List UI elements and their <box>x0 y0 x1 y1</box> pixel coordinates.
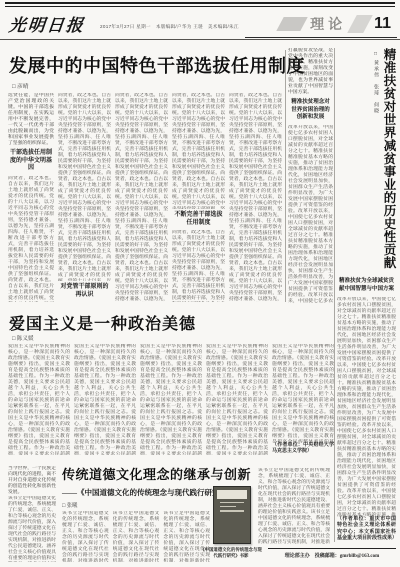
book-cover-image <box>213 486 251 544</box>
column-divider-rule <box>285 50 286 302</box>
article-c-author-affiliation: （作者单位：中央财经大学马克思主义学院） <box>272 443 334 455</box>
body-column-text: 爱国主义是中华民族精神的核心，是一种深沉而持久的政治情感。《爱国主义教育实施纲要… <box>8 344 70 455</box>
article-c-column: 爱国主义是中华民族精神的核心，是一种深沉而持久的政治情感。《爱国主义教育实施纲要… <box>272 344 334 455</box>
article-d-body: 该书立足中国道德文化的传统理念，系统梳理了仁爱、诚信、正义、和合等核心观念的历史… <box>62 511 210 562</box>
dateline: 2017年3月27日 星期一 本版编辑/户华为 王琎 美术编辑/朱江 <box>100 24 239 30</box>
body-column-text: 尚贤者，政之本也。自古以来，我们这片土地上就形成了尚贤爱才的优良传统。党的十八大… <box>229 93 282 302</box>
page-footer: 理论部主办 投稿邮箱：gmrbllb@163.com <box>268 548 396 559</box>
body-column-text: 该书立足中国道德文化的传统理念，系统梳理了仁爱、诚信、正义、和合等核心观念的历史… <box>258 468 330 544</box>
article-c-author: □ 陈义媛 <box>12 334 34 342</box>
book-cover-line <box>220 510 244 511</box>
body-column-text: 该书立足中国道德文化的传统理念，系统梳理了仁爱、诚信、正义、和合等核心观念的历史… <box>8 496 56 562</box>
article-a-column: 尚贤者，政之本也。自古以来，我们这片土地上就形成了尚贤爱才的优良传统。党的十八大… <box>115 93 168 302</box>
book-cover-line <box>220 506 236 507</box>
article-c-headline: 爱国主义是一种政治美德 <box>9 311 196 334</box>
article-c-column: 爱国主义是中华民族精神的核心，是一种深沉而持久的政治情感。《爱国主义教育实施纲要… <box>206 344 268 455</box>
article-a-author: □ 彦晴 <box>12 81 29 90</box>
banner-parallelogram-icon <box>347 15 373 33</box>
body-column-text: 改革开放以来，中国使七亿多农村贫困人口摆脱贫困，对全球减贫的贡献率超过百分之七十… <box>288 125 333 305</box>
body-column-text: 该书立足中国道德文化的传统理念，系统梳理了仁爱、诚信、正义、和合等核心观念的历史… <box>62 511 109 562</box>
article-a-headline: 发展中的中国特色干部选拔任用制度 <box>9 52 289 78</box>
body-column-text: 改革开放以来，中国使七亿多农村贫困人口摆脱贫困，对全球减贫的贡献率超过百分之七十… <box>337 297 396 517</box>
article-b-body-column: 改革开放以来，中国使七亿多农村贫困人口摆脱贫困，对全球减贫的贡献率超过百分之七十… <box>337 297 396 542</box>
article-d-column: 该书立足中国道德文化的传统理念，系统梳理了仁爱、诚信、正义、和合等核心观念的历史… <box>258 468 330 544</box>
article-d-intro-text: 当今世界，一个民族走向现代化的进程，离不开对自身道德文化传统的创造性转化和创新性… <box>8 466 56 496</box>
body-column-text: 爱国主义是中华民族精神的核心，是一种深沉而持久的政治情感。《爱国主义教育实施纲要… <box>140 344 202 455</box>
article-c-column: 爱国主义是中华民族精神的核心，是一种深沉而持久的政治情感。《爱国主义教育实施纲要… <box>140 344 202 455</box>
article-b-vertical-headline: 精准扶贫对世界减贫事业的历史性贡献 <box>382 48 396 274</box>
article-d-intro-column: 当今世界，一个民族走向现代化的进程，离不开对自身道德文化传统的创造性转化和创新性… <box>8 466 56 562</box>
article-a-column: 尚贤者，政之本也。自古以来，我们这片土地上就形成了尚贤爱才的优良传统。党的十八大… <box>58 93 111 302</box>
article-d-column: 该书立足中国道德文化的传统理念，系统梳理了仁爱、诚信、正义、和合等核心观念的历史… <box>113 511 160 562</box>
article-b-subhead-2: 精准扶贫为全球减贫贡献中国智慧与中国方案 <box>337 278 396 293</box>
article-a-subhead-2: 对党管干部原则的再认识 <box>59 284 110 299</box>
article-b-author-affiliation: （作者单位：重庆市中国特色社会主义理论体系研究中心；本文系国家社科基金重大项目阶… <box>337 517 396 542</box>
article-a-body: 选贤任能，是中国共产党治国理政的关键。中国的干部选拔任用制度，在实践运用中不断发… <box>8 93 282 302</box>
body-column-text: 爱国主义是中华民族精神的核心，是一种深沉而持久的政治情感。《爱国主义教育实施纲要… <box>74 344 136 455</box>
section-banner: 理论 11 <box>245 13 397 38</box>
body-column-text: 尚贤者，政之本也。自古以来，我们这片土地上就形成了尚贤爱才的优良传统。党的十八大… <box>8 176 54 303</box>
article-c-body: 爱国主义是中华民族精神的核心，是一种深沉而持久的政治情感。《爱国主义教育实施纲要… <box>8 344 334 455</box>
article-a-subhead-3: 不断完善干部选拔任用制度 <box>173 212 224 227</box>
book-caption: 《中国道德文化的传统理念与现代践行研究》书影 <box>200 547 262 558</box>
masthead-logo: 光明日报 <box>8 11 87 36</box>
body-column-text: 爱国主义是中华民族精神的核心，是一种深沉而持久的政治情感。《爱国主义教育实施纲要… <box>272 344 334 443</box>
banner-parallelogram-icon <box>276 17 307 31</box>
body-column-text: 尚贤者，政之本也。自古以来，我们这片土地上就形成了尚贤爱才的优良传统。党的十八大… <box>172 93 225 209</box>
article-d-column: 该书立足中国道德文化的传统理念，系统梳理了仁爱、诚信、正义、和合等核心观念的历史… <box>62 511 109 562</box>
header-rule <box>0 39 400 40</box>
article-b-subhead-1: 精准扶贫理念对世界贫困治理的创新和发展 <box>289 99 332 122</box>
body-column-text: 尚贤者，政之本也。自古以来，我们这片土地上就形成了尚贤爱才的优良传统。党的十八大… <box>58 93 111 281</box>
body-column-text: 爱国主义是中华民族精神的核心，是一种深沉而持久的政治情感。《爱国主义教育实施纲要… <box>206 344 268 455</box>
article-a-intro-text: 选贤任能，是中国共产党治国理政的关键。中国的干部选拔任用制度，在实践运用中不断发… <box>8 93 54 147</box>
article-d-headline: 传统道德文化理念的继承与创新 <box>62 464 258 483</box>
article-b-intro-text: 打赢脱贫攻坚战，是党中央作出的重大决策部署。精准扶贫方略的实施，深刻改变了中国贫… <box>288 48 333 96</box>
body-column-text: 尚贤者，政之本也。自古以来，我们这片土地上就形成了尚贤爱才的优良传统。党的十八大… <box>172 230 225 302</box>
article-a-column: 尚贤者，政之本也。自古以来，我们这片土地上就形成了尚贤爱才的优良传统。党的十八大… <box>172 93 225 302</box>
article-a-intro-column: 选贤任能，是中国共产党治国理政的关键。中国的干部选拔任用制度，在实践运用中不断发… <box>8 93 54 302</box>
article-b-column-1: 打赢脱贫攻坚战，是党中央作出的重大决策部署。精准扶贫方略的实施，深刻改变了中国贫… <box>288 48 333 304</box>
article-c-column: 爱国主义是中华民族精神的核心，是一种深沉而持久的政治情感。《爱国主义教育实施纲要… <box>8 344 70 455</box>
article-b-title-rail: □ 黄承伟 张琦 何晓 精准扶贫对世界减贫事业的历史性贡献 <box>338 48 396 274</box>
section-label: 理论 <box>310 14 346 34</box>
article-b-authors: □ 黄承伟 张琦 何晓 <box>372 48 379 274</box>
body-column-text: 尚贤者，政之本也。自古以来，我们这片土地上就形成了尚贤爱才的优良传统。党的十八大… <box>115 93 168 302</box>
newspaper-page: 光明日报 2017年3月27日 星期一 本版编辑/户华为 王琎 美术编辑/朱江 … <box>0 0 400 567</box>
book-cover-band <box>217 490 247 499</box>
body-column-text: 该书立足中国道德文化的传统理念，系统梳理了仁爱、诚信、正义、和合等核心观念的历史… <box>113 511 160 562</box>
rail-divider-rule <box>334 48 335 542</box>
top-double-rule <box>5 2 395 7</box>
page-number: 11 <box>374 15 391 33</box>
book-cover-line <box>220 502 244 503</box>
article-c-column: 爱国主义是中华民族精神的核心，是一种深沉而持久的政治情感。《爱国主义教育实施纲要… <box>74 344 136 455</box>
article-a-subhead-1: 干部选拔任用制度的中华文明基因 <box>9 150 53 173</box>
article-a-column: 尚贤者，政之本也。自古以来，我们这片土地上就形成了尚贤爱才的优良传统。党的十八大… <box>229 93 282 302</box>
